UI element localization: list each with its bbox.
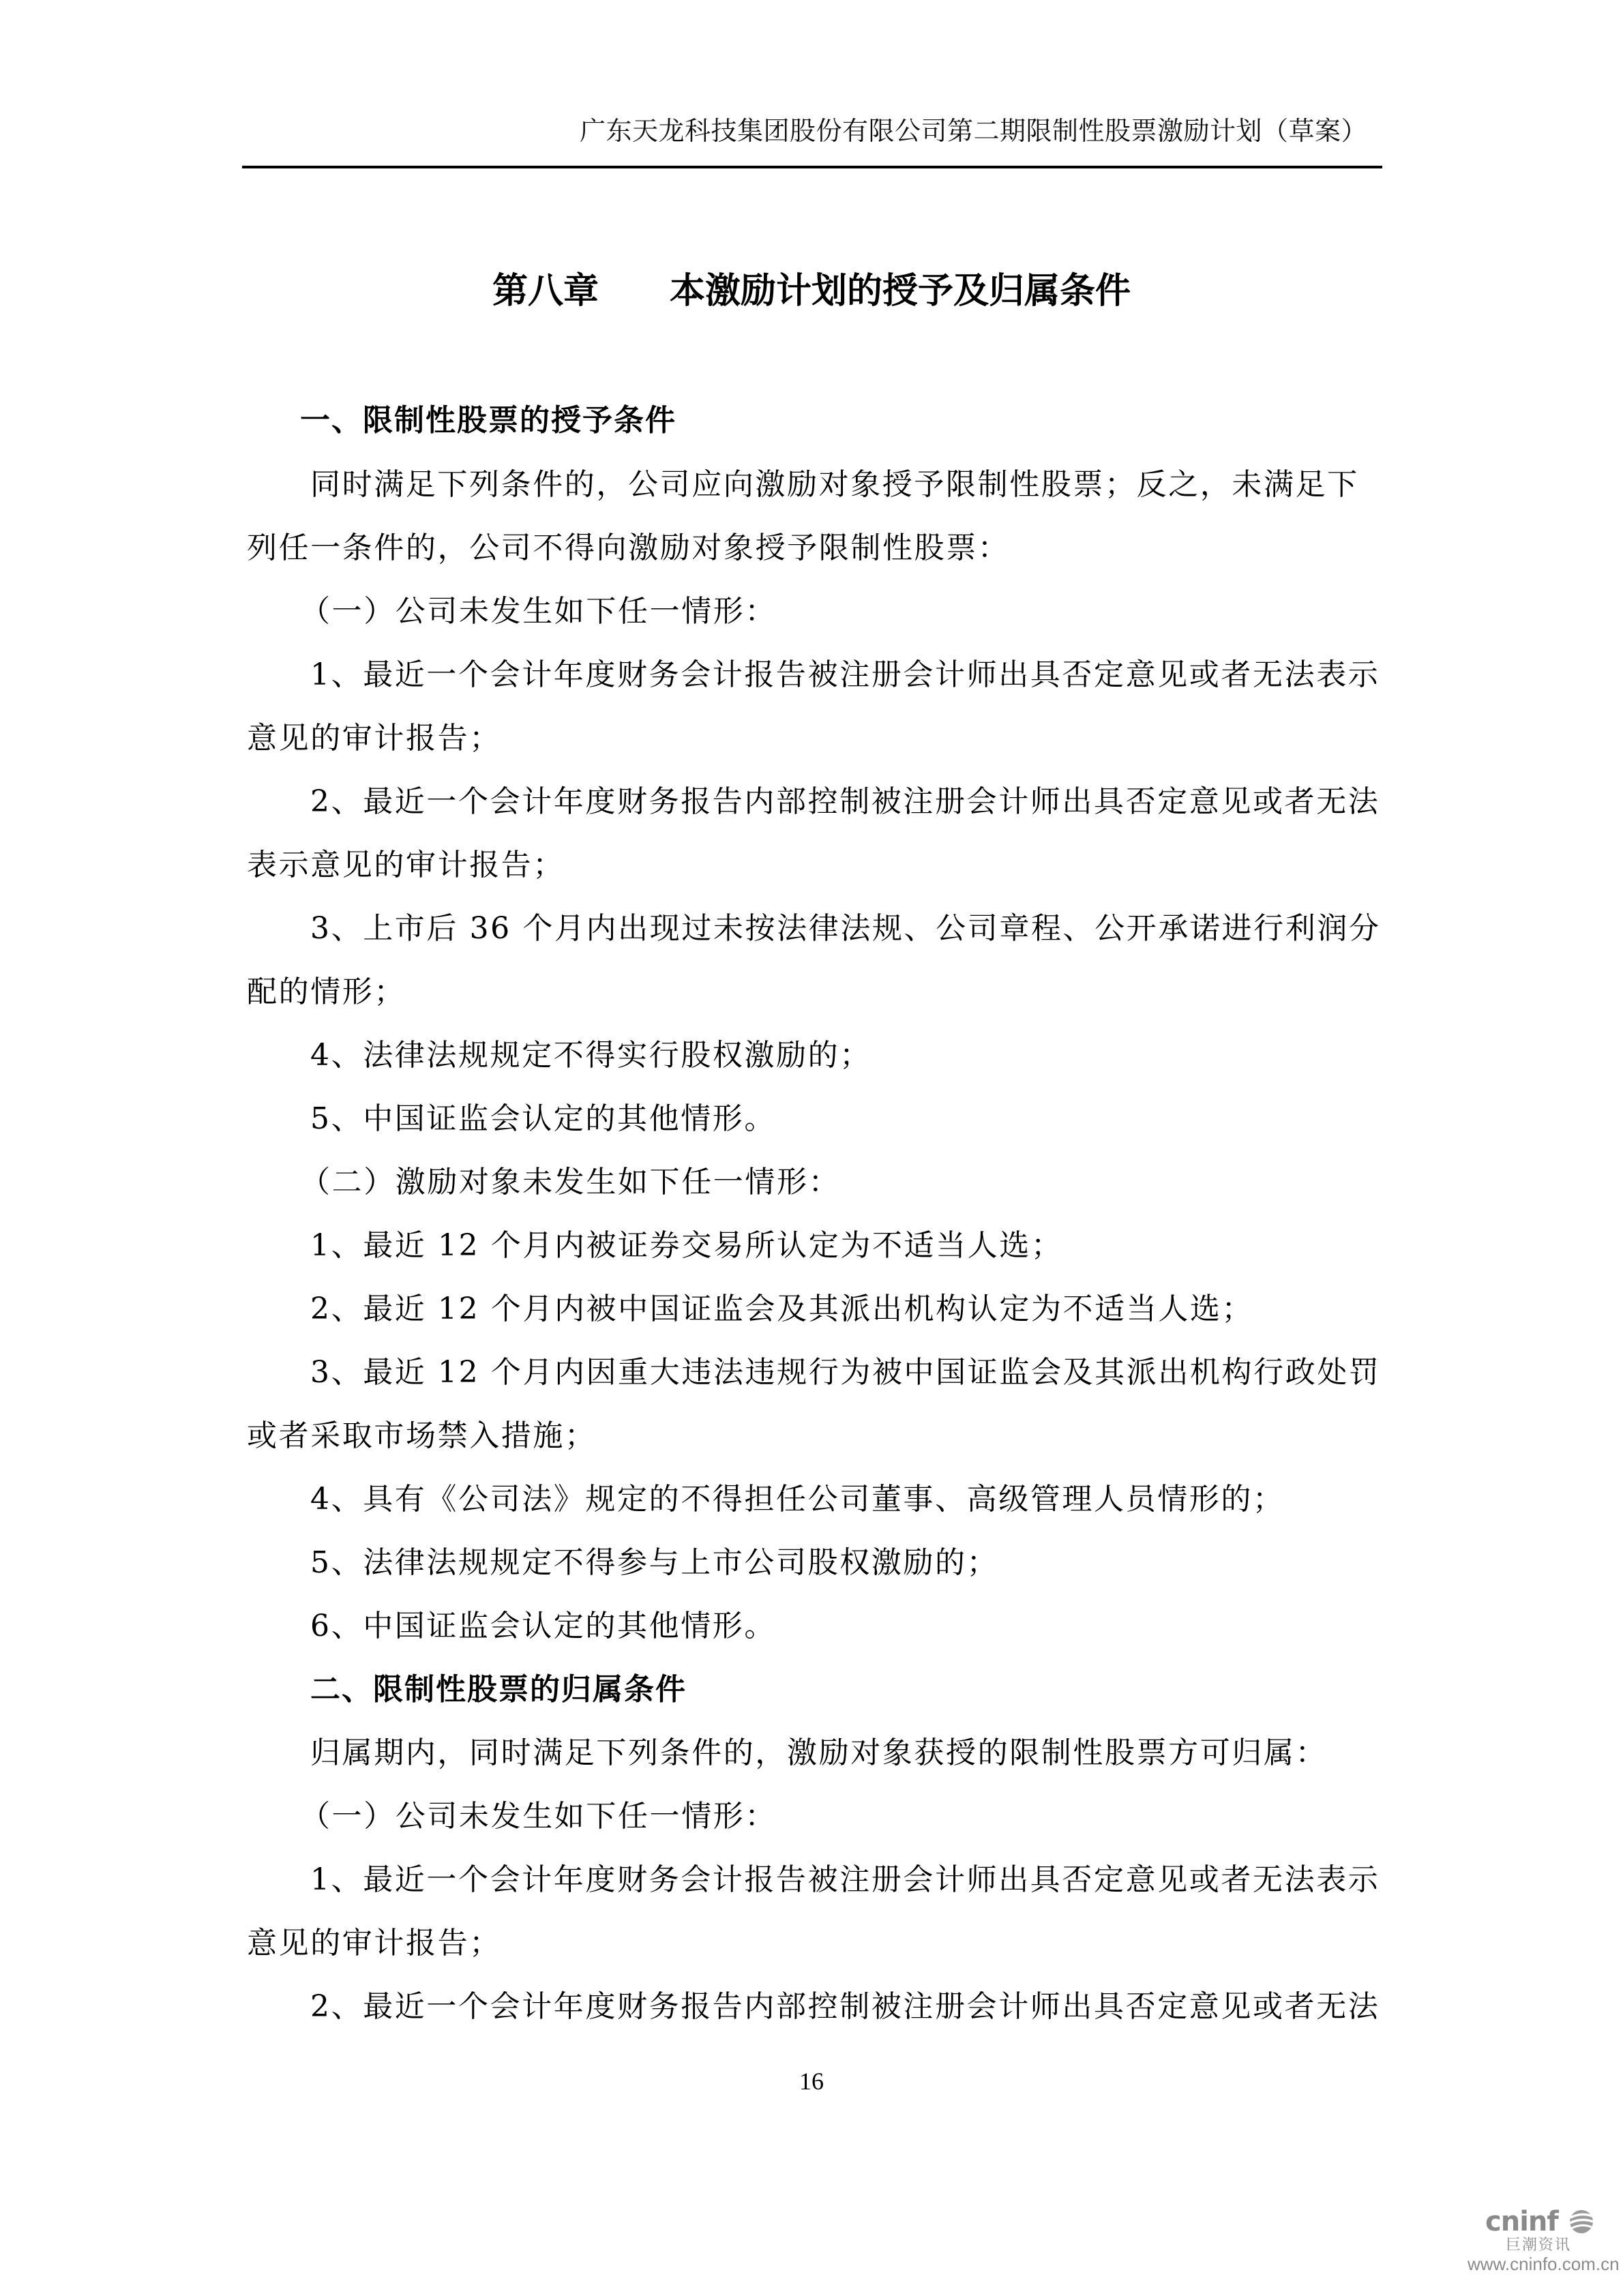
list-item: 1、最近一个会计年度财务会计报告被注册会计师出具否定意见或者无法表示 [310, 655, 1380, 695]
chapter-number: 第八章 [492, 271, 599, 312]
list-item: 5、中国证监会认定的其他情形。 [310, 1099, 776, 1139]
list-item: 4、具有《公司法》规定的不得担任公司董事、高级管理人员情形的； [310, 1480, 1285, 1519]
section-heading-grant-conditions: 一、限制性股票的授予条件 [300, 401, 676, 441]
list-item: 1、最近一个会计年度财务会计报告被注册会计师出具否定意见或者无法表示 [310, 1860, 1380, 1900]
globe-swirl-icon [1568, 2208, 1594, 2235]
list-item: 3、上市后 36 个月内出现过未按法律法规、公司章程、公开承诺进行利润分 [310, 909, 1381, 949]
chapter-name: 本激励计划的授予及归属条件 [670, 271, 1131, 312]
subsection-heading: （一）公司未发生如下任一情形： [300, 592, 777, 631]
running-header: 广东天龙科技集团股份有限公司第二期限制性股票激励计划（草案） [580, 115, 1367, 147]
list-item-continuation: 或者采取市场禁入措施； [247, 1416, 597, 1456]
paragraph-line: 列任一条件的，公司不得向激励对象授予限制性股票： [247, 528, 1009, 568]
list-item-continuation: 配的情形； [247, 972, 406, 1012]
subsection-heading: （一）公司未发生如下任一情形： [300, 1797, 777, 1836]
subsection-heading: （二）激励对象未发生如下任一情形： [300, 1163, 840, 1202]
list-item: 1、最近 12 个月内被证券交易所认定为不适当人选； [310, 1226, 1063, 1266]
chapter-title: 第八章本激励计划的授予及归属条件 [0, 267, 1623, 315]
list-item-continuation: 意见的审计报告； [247, 719, 501, 758]
paragraph-line: 归属期内，同时满足下列条件的，激励对象获授的限制性股票方可归属： [310, 1733, 1327, 1773]
header-rule [242, 166, 1382, 168]
list-item: 2、最近一个会计年度财务报告内部控制被注册会计师出具否定意见或者无法 [310, 782, 1380, 822]
list-item: 2、最近 12 个月内被中国证监会及其派出机构认定为不适当人选； [310, 1289, 1253, 1329]
list-item: 6、中国证监会认定的其他情形。 [310, 1607, 776, 1646]
list-item: 4、法律法规规定不得实行股权激励的； [310, 1036, 872, 1075]
section-heading-vesting-conditions: 二、限制性股票的归属条件 [310, 1670, 687, 1710]
paragraph-line: 同时满足下列条件的，公司应向激励对象授予限制性股票；反之，未满足下 [310, 465, 1359, 505]
list-item-continuation: 表示意见的审计报告； [247, 846, 565, 885]
watermark-url: www.cninfo.com.cn [1468, 2254, 1620, 2273]
list-item-continuation: 意见的审计报告； [247, 1924, 501, 1963]
watermark-brand-cn: 巨潮资讯 [1506, 2237, 1571, 2254]
watermark-brand: cninf [1485, 2207, 1558, 2237]
list-item: 3、最近 12 个月内因重大违法违规行为被中国证监会及其派出机构行政处罚 [310, 1353, 1381, 1392]
list-item: 5、法律法规规定不得参与上市公司股权激励的； [310, 1543, 998, 1583]
page-number: 16 [0, 2066, 1623, 2096]
cninfo-watermark: cninf 巨潮资讯 www.cninfo.com.cn [1466, 2207, 1622, 2275]
list-item: 2、最近一个会计年度财务报告内部控制被注册会计师出具否定意见或者无法 [310, 1987, 1380, 2027]
